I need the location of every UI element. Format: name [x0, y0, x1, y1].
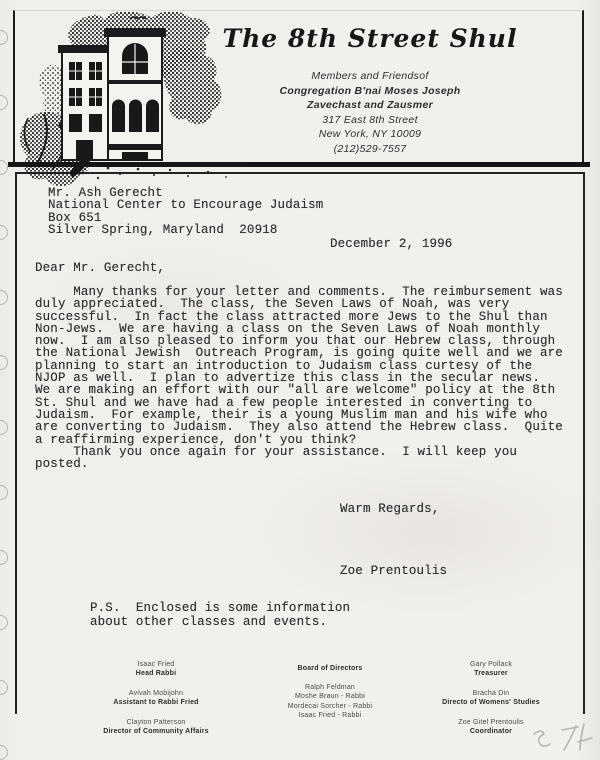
footer-column-staff: Isaac Fried Head Rabbi Avivah Mobijohn A… [78, 660, 234, 747]
binder-hole [0, 615, 8, 630]
binder-hole [0, 550, 8, 565]
board-member: Mordecai Sorcher - Rabbi [250, 702, 410, 711]
staff-name: Gary Pollack [405, 660, 577, 669]
steps [122, 152, 148, 160]
binder-hole [0, 680, 8, 695]
base-course [108, 144, 162, 150]
staff-entry: Gary Pollack Treasurer [405, 660, 577, 678]
binder-hole [0, 30, 8, 45]
staff-role: Treasurer [405, 669, 577, 678]
arched-window [129, 100, 142, 132]
staff-entry: Clayton Patterson Director of Community … [78, 718, 234, 736]
binder-hole [0, 355, 8, 370]
binder-hole [0, 485, 8, 500]
arched-window [112, 100, 125, 132]
binder-hole [0, 225, 8, 240]
binder-hole [0, 160, 8, 175]
board-member: Isaac Fried - Rabbi [250, 711, 410, 720]
salutation: Dear Mr. Gerecht, [35, 262, 165, 274]
shul-building-illustration [12, 12, 262, 192]
staff-entry: Avivah Mobijohn Assistant to Rabbi Fried [78, 689, 234, 707]
staff-entry: Isaac Fried Head Rabbi [78, 660, 234, 678]
handwritten-mark [528, 720, 598, 756]
letter-body: Many thanks for your letter and comments… [35, 286, 563, 470]
staff-role: Assistant to Rabbi Fried [78, 698, 234, 707]
board-heading: Board of Directors [250, 664, 410, 673]
scanned-letter-page: The 8th Street Shul Members and Friendso… [0, 0, 600, 760]
board-member: Moshe Braun - Rabbi [250, 692, 410, 701]
ground-speckle [97, 167, 243, 180]
staff-entry: Bracha Din Directo of Womens' Studies [405, 689, 577, 707]
staff-name: Bracha Din [405, 689, 577, 698]
board-member: Ralph Feldman [250, 683, 410, 692]
staff-name: Isaac Fried [78, 660, 234, 669]
arched-window [146, 100, 159, 132]
staff-name: Clayton Patterson [78, 718, 234, 727]
foliage-right [164, 46, 222, 124]
recipient-address: Mr. Ash Gerecht National Center to Encou… [48, 187, 323, 236]
left-cornice [58, 45, 112, 53]
closing: Warm Regards, [340, 503, 439, 515]
signature-name: Zoe Prentoulis [340, 565, 447, 577]
postscript: P.S. Enclosed is some information about … [90, 602, 350, 629]
band-course [108, 80, 162, 84]
footer-column-board: Board of Directors Ralph Feldman Moshe B… [250, 664, 410, 720]
binder-hole [0, 745, 8, 760]
left-door [76, 140, 93, 160]
binder-hole [0, 95, 8, 110]
binder-hole [0, 290, 8, 305]
shul-cornice [104, 28, 166, 37]
staff-role: Director of Community Affairs [78, 727, 234, 736]
staff-name: Avivah Mobijohn [78, 689, 234, 698]
binder-hole [0, 420, 8, 435]
letter-date: December 2, 1996 [330, 238, 452, 250]
staff-role: Directo of Womens' Studies [405, 698, 577, 707]
staff-role: Head Rabbi [78, 669, 234, 678]
